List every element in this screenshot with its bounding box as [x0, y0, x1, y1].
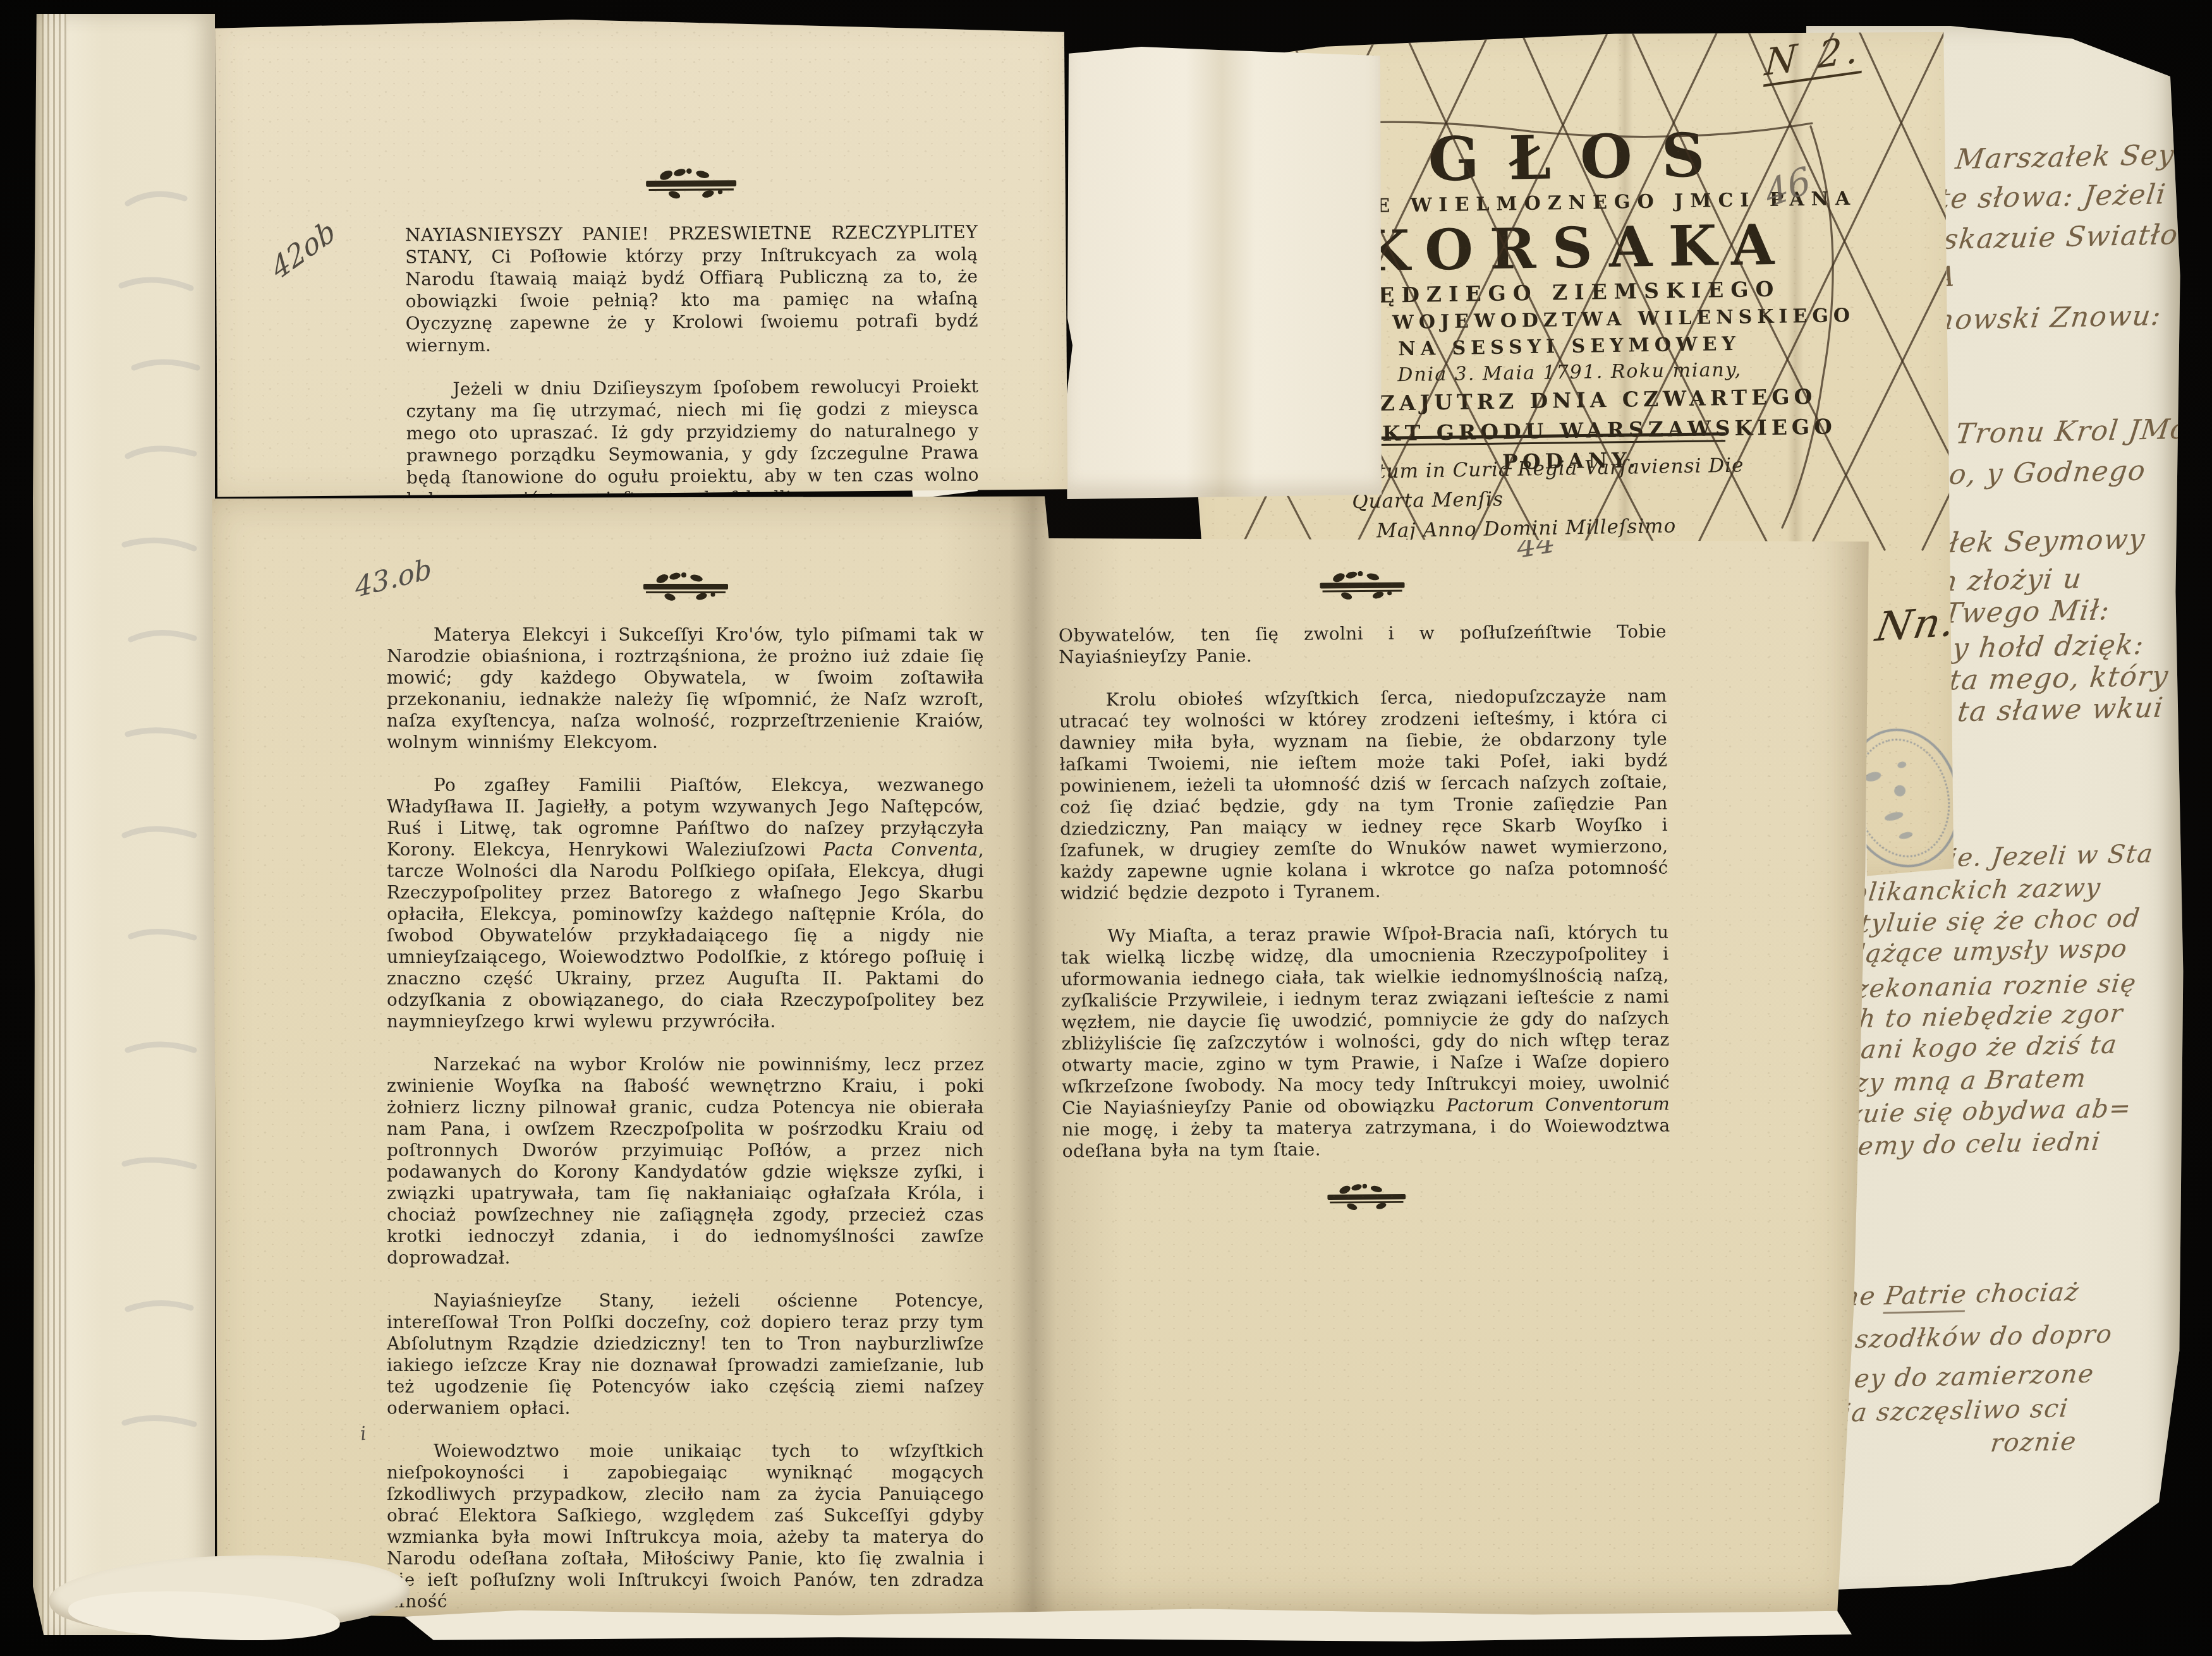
latin-line: Actum in Curia Regia Varſaviensi Die Qua… — [1351, 450, 1808, 517]
manuscript-line: i ey do zamierzone — [1835, 1360, 2096, 1394]
manuscript-line: ia szczęsliwo sci — [1841, 1394, 2070, 1427]
manuscript-line-patrie: ne Patrie chociaż — [1841, 1278, 2081, 1312]
manuscript-line: Twego Mił: — [1942, 594, 2112, 630]
paragraph: Krolu obiołeś wſzyſtkich ſerca, niedopuſ… — [1059, 686, 1668, 905]
manuscript-line: zekonania roznie się — [1854, 969, 2139, 1003]
manuscript-line: ta mego, który — [1947, 660, 2170, 696]
paragraph-segment: Wy Miaſta, a teraz prawie Wſpoł-Bracia n… — [1061, 922, 1670, 1119]
book-scan-photo: Marszałek Sey= te słowa: Jeżeli skazuie … — [0, 0, 2212, 1656]
paragraph: NAYIASNIEYSZY PANIE! PRZESWIETNE RZECZYP… — [405, 221, 978, 357]
manuscript-line: z Tronu Krol JMć — [1928, 413, 2189, 450]
paragraph: Woiewodztwo moie unikaiąc tych to wſzyſt… — [387, 1441, 984, 1612]
paragraph: Wy Miaſta, a teraz prawie Wſpoł-Bracia n… — [1060, 922, 1670, 1163]
manuscript-line: go, y Godnego — [1928, 454, 2148, 491]
printed-leaf-42ob: 42ob NAYIASNIEYSZY PANIE! PRZESWIETNE RZ… — [212, 18, 1069, 498]
manuscript-line: dzy mną a Bratem — [1836, 1064, 2088, 1098]
page-43ob-text-column: Materya Elekcyi i Sukceſſyi Kro'ów, tylo… — [387, 570, 984, 1634]
manuscript-line: żemy do celu iedni — [1842, 1127, 2103, 1161]
manuscript-line: blikanckich zazwy — [1850, 873, 2103, 907]
manuscript-line: te słowa: Jeżeli — [1936, 178, 2168, 215]
paragraph: Obywatelów, ten ſię zwolni i w poſłuſzeń… — [1059, 621, 1667, 668]
printer-ornament-icon — [387, 570, 984, 603]
paragraph: Nayiaśnieyſze Stany, ieżeli ościenne Pot… — [387, 1290, 984, 1419]
printer-ornament-icon — [1062, 1180, 1670, 1214]
book-left-page-edge — [33, 14, 215, 1635]
pencil-correction: i — [359, 1423, 367, 1446]
manuscript-line: ta sławe wkui — [1956, 692, 2166, 728]
printer-ornament-icon — [404, 164, 977, 203]
paragraph: Materya Elekcyi i Sukceſſyi Kro'ów, tylo… — [387, 624, 984, 753]
paragraph: Jeżeli w dniu Dziſieyszym ſpoſobem rewol… — [406, 375, 979, 511]
manuscript-line: ktyluie się że choc od — [1842, 904, 2142, 939]
patrie-underlined-word: Patrie — [1883, 1280, 1969, 1314]
archival-ink-mark: N 2. — [1763, 27, 1864, 84]
latin-phrase-italic: Pacta Conventa — [823, 839, 978, 860]
blank-folded-leaf — [1066, 47, 1382, 499]
patrie-post: chociaż — [1966, 1278, 2081, 1309]
manuscript-line: y hołd dzięk: — [1951, 629, 2146, 665]
manuscript-line: szodłków do dopro — [1854, 1320, 2115, 1354]
corner-ink-initials: Nn. — [1872, 599, 1960, 651]
archival-ink-mark-text: N 2. — [1763, 27, 1864, 87]
manuscript-line: m złożyi u — [1929, 563, 2084, 598]
manuscript-line: dani kogo że dziś ta — [1842, 1030, 2119, 1065]
manuscript-line: roznie — [1989, 1427, 2078, 1458]
manuscript-line: łek Seymowy — [1948, 523, 2148, 559]
printer-ornament-icon — [1058, 567, 1666, 604]
latin-phrase-italic: Pactorum Conventorum — [1446, 1094, 1670, 1116]
page-42ob-text-column: NAYIASNIEYSZY PANIE! PRZESWIETNE RZECZYP… — [404, 164, 979, 533]
manuscript-line: ch to niebędzie zgor — [1842, 999, 2125, 1034]
page-44-text-column: Obywatelów, ten ſię zwolni i w poſłuſzeń… — [1058, 567, 1670, 1236]
stacked-page-edges — [42, 14, 67, 1635]
manuscript-line: dążące umysły wspo — [1847, 934, 2129, 969]
paragraph-segment: nie mogę, i żeby ta materya zatrzymana, … — [1062, 1115, 1670, 1162]
printed-spread: 43.ob 44 i Materya Elekcyi i Sukceſſyi K… — [207, 494, 1872, 1626]
manuscript-line: Marszałek Sey= — [1954, 138, 2201, 176]
folio-number-42ob: 42ob — [266, 212, 341, 286]
manuscript-line: zuie się obydwa ab= — [1847, 1094, 2134, 1128]
manuscript-line: chowski Znowu: — [1917, 299, 2163, 337]
paragraph: Narzekać na wybor Krolów nie powinniśmy,… — [387, 1054, 984, 1269]
paragraph-segment: , tarcze Wolności dla Narodu Polſkiego o… — [387, 839, 984, 1032]
paragraph: Po zgaſłey Familii Piaſtów, Elekcya, wez… — [387, 775, 984, 1032]
manuscript-line: skazuie Swiatło — [1942, 219, 2180, 256]
